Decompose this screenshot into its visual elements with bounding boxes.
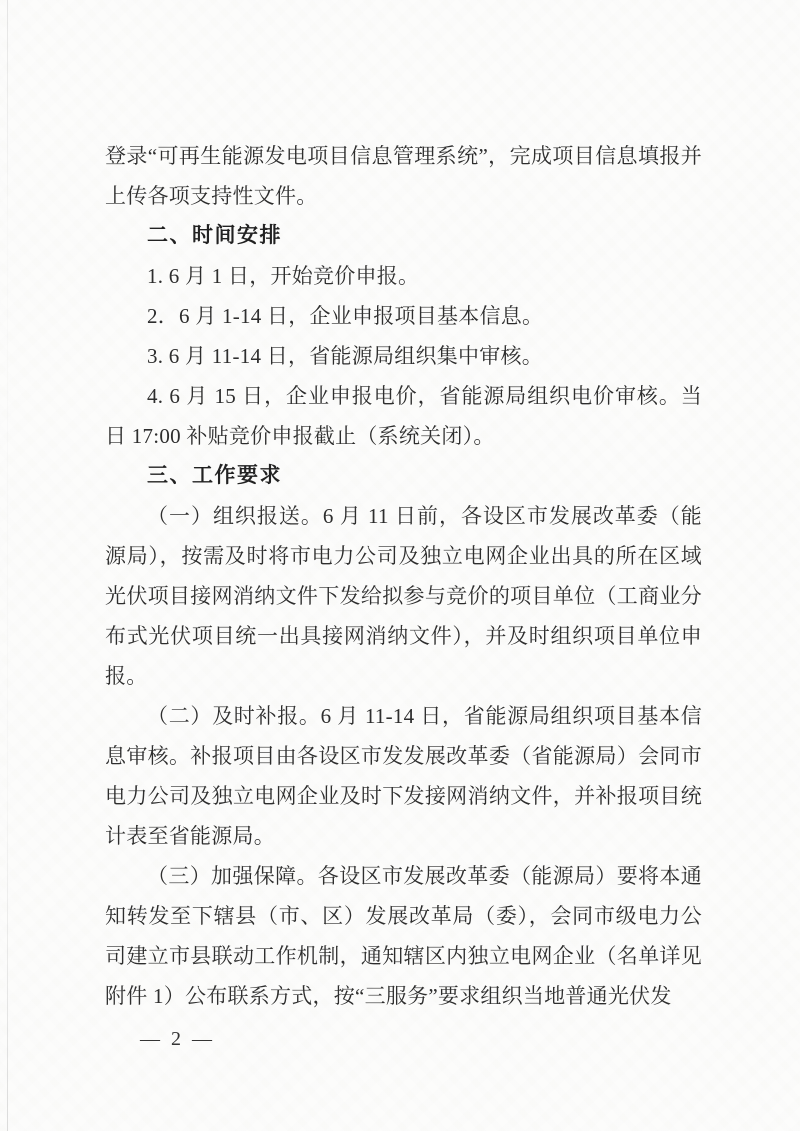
requirement-paragraph-3-strengthen-support: （三）加强保障。各设区市发展改革委（能源局）要将本通知转发至下辖县（市、区）发展…: [105, 856, 702, 1016]
requirement-paragraph-1-organize-submission: （一）组织报送。6 月 11 日前，各设区市发展改革委（能源局），按需及时将市电…: [105, 496, 702, 696]
paragraph-intro-continuation: 登录“可再生能源发电项目信息管理系统”，完成项目信息填报并上传各项支持性文件。: [105, 136, 702, 216]
document-body: 登录“可再生能源发电项目信息管理系统”，完成项目信息填报并上传各项支持性文件。 …: [105, 136, 702, 1016]
section-heading-time-schedule: 二、时间安排: [105, 216, 702, 256]
requirement-paragraph-2-timely-supplement: （二）及时补报。6 月 11-14 日，省能源局组织项目基本信息审核。补报项目由…: [105, 696, 702, 856]
section-heading-work-requirements: 三、工作要求: [105, 456, 702, 496]
scanned-document-page: 登录“可再生能源发电项目信息管理系统”，完成项目信息填报并上传各项支持性文件。 …: [0, 0, 800, 1131]
schedule-item-2: 2．6 月 1-14 日，企业申报项目基本信息。: [105, 296, 702, 336]
page-number: — 2 —: [140, 1024, 215, 1054]
scan-edge-artifact: [7, 0, 8, 1131]
schedule-item-3: 3. 6 月 11-14 日，省能源局组织集中审核。: [105, 336, 702, 376]
schedule-item-1: 1. 6 月 1 日，开始竞价申报。: [105, 256, 702, 296]
schedule-item-4: 4. 6 月 15 日，企业申报电价，省能源局组织电价审核。当日 17:00 补…: [105, 376, 702, 456]
